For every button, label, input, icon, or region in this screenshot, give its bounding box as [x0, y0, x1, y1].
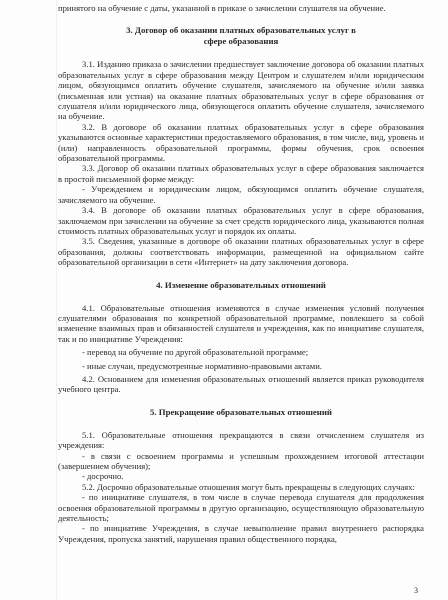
- section-3-title-line2: сфере образования: [204, 36, 279, 46]
- paragraph-3-4: 3.4. В договоре об оказании платных обра…: [58, 205, 424, 236]
- paragraph-3-2: 3.2. В договоре об оказании платных обра…: [58, 122, 424, 164]
- paragraph-5-2-item-2: - по инициативе Учреждения, в случае нев…: [58, 523, 424, 544]
- paragraph-3-5: 3.5. Сведения, указанные в договоре об о…: [58, 236, 424, 267]
- paragraph-3-3: 3.3. Договор об оказании платных образов…: [58, 163, 424, 184]
- paragraph-5-1-item-2: - досрочно.: [58, 471, 424, 481]
- paragraph-4-1: 4.1. Образовательные отношения изменяютс…: [58, 303, 424, 345]
- intro-paragraph: принятого на обучение с даты, указанной …: [58, 3, 424, 13]
- paragraph-4-1-item-2: - иные случаи, предусмотренные нормативн…: [58, 361, 424, 371]
- section-3-title-line1: 3. Договор об оказании платных образоват…: [126, 25, 356, 35]
- document-body: принятого на обучение с даты, указанной …: [58, 3, 424, 544]
- paragraph-4-2: 4.2. Основанием для изменения образовате…: [58, 374, 424, 395]
- paragraph-5-1: 5.1. Образовательные отношения прекращаю…: [58, 430, 424, 451]
- paragraph-4-1-item-1: - перевод на обучение по другой образова…: [58, 347, 424, 357]
- section-4-title: 4. Изменение образовательных отношений: [58, 280, 424, 291]
- page-number: 3: [414, 586, 418, 595]
- section-3-title: 3. Договор об оказании платных образоват…: [58, 25, 424, 47]
- paragraph-5-2: 5.2. Досрочно образовательные отношения …: [58, 482, 424, 492]
- paragraph-3-3-item: - Учреждением и юридическим лицом, обязу…: [58, 184, 424, 205]
- paragraph-5-1-item-1: - в связи с освоением программы и успешн…: [58, 451, 424, 472]
- paragraph-3-1: 3.1. Изданию приказа о зачислении предше…: [58, 59, 424, 121]
- document-page: принятого на обучение с даты, указанной …: [0, 0, 448, 600]
- scan-margin-line: [56, 0, 57, 600]
- paragraph-5-2-item-1: - по инициативе слушателя, в том числе в…: [58, 492, 424, 523]
- section-5-title: 5. Прекращение образовательных отношений: [58, 407, 424, 418]
